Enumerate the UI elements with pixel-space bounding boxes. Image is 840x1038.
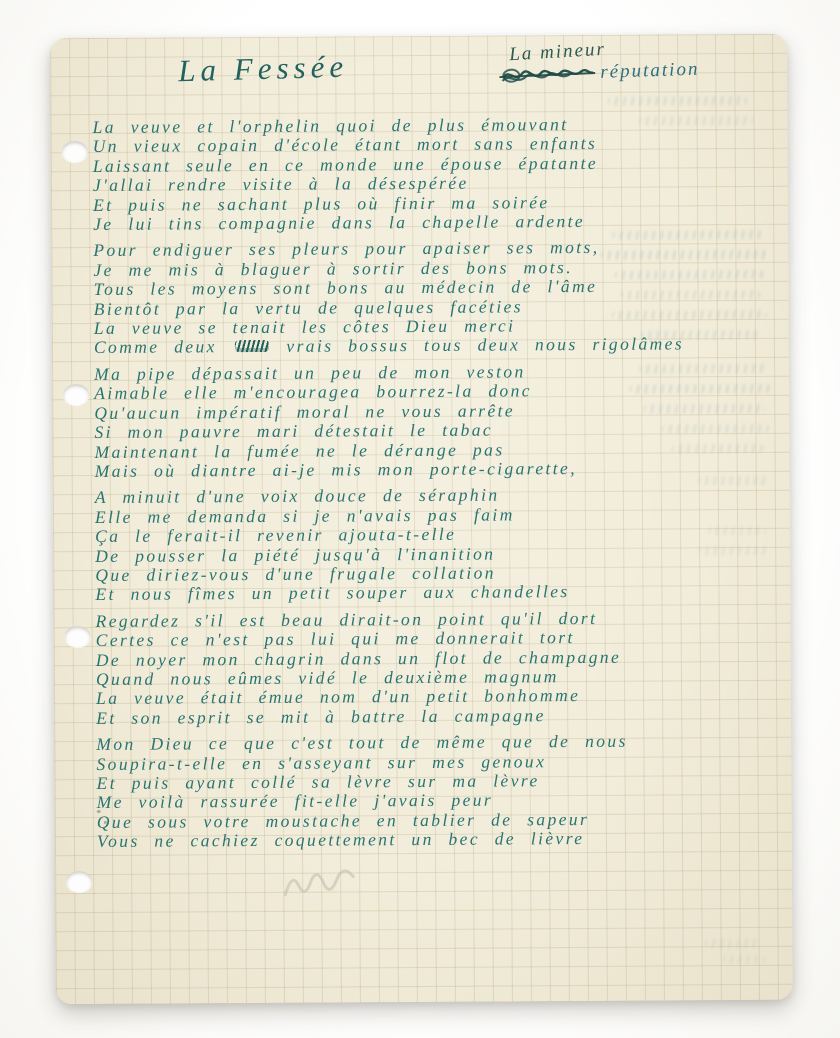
- verso-ghost-line: [723, 955, 765, 964]
- verso-ghost-line: [621, 290, 761, 300]
- verso-ghost-line: [661, 424, 769, 434]
- corner-annotation: La mineur réputation: [499, 36, 771, 85]
- verso-ghost-line: [698, 546, 770, 555]
- punch-hole: [65, 626, 91, 647]
- punch-hole: [62, 141, 88, 162]
- page-title: La Fessée: [178, 49, 349, 90]
- manuscript-page: La Fessée La mineur réputation La veuve …: [50, 34, 793, 1004]
- stanza: Regardez s'il est beau dirait-on point q…: [96, 608, 778, 729]
- verso-ghost-line: [612, 310, 767, 320]
- verso-ghost-line: [639, 116, 754, 126]
- verso-ghost-line: [641, 330, 759, 340]
- poem-line: Vous ne cachiez coquettement un bec de l…: [97, 828, 778, 852]
- verso-ghost-line: [614, 270, 764, 280]
- stanza: Mon Dieu ce que c'est tout de même que d…: [96, 731, 778, 852]
- verso-ghost-line: [672, 444, 764, 454]
- verso-ghost-line: [639, 364, 767, 374]
- stanza: Ma pipe dépassait un peu de mon vestonAi…: [94, 361, 776, 482]
- poem-line: Et nous fîmes un petit souper aux chande…: [95, 581, 776, 605]
- poem-line: Et son esprit se mit à battre la campagn…: [96, 705, 777, 729]
- ink-speck: [104, 821, 107, 824]
- crossed-out-word: [235, 340, 269, 352]
- corner-word: réputation: [600, 59, 700, 84]
- verso-ghost-line: [612, 230, 762, 240]
- stanza: La veuve et l'orphelin quoi de plus émou…: [93, 114, 775, 235]
- verso-ghost-line: [643, 404, 765, 414]
- verso-ghost-line: [698, 476, 768, 485]
- verso-ghost-line: [705, 939, 761, 948]
- verso-ghost-line: [607, 96, 747, 106]
- verso-ghost-line: [708, 526, 766, 535]
- poem: La veuve et l'orphelin quoi de plus émou…: [93, 114, 779, 859]
- punch-hole: [66, 871, 92, 892]
- punch-hole: [63, 384, 89, 405]
- poem-line: Mais où diantre ai-je mis mon porte-ciga…: [95, 458, 776, 482]
- photo-background: La Fessée La mineur réputation La veuve …: [0, 0, 840, 1038]
- scribbled-out-word: [499, 61, 596, 88]
- stanza: A minuit d'une voix douce de séraphinEll…: [95, 484, 777, 605]
- ink-speck: [97, 810, 101, 813]
- verso-ghost-line: [629, 384, 771, 394]
- verso-ghost-line: [600, 250, 768, 260]
- pencil-scribble: [281, 850, 365, 907]
